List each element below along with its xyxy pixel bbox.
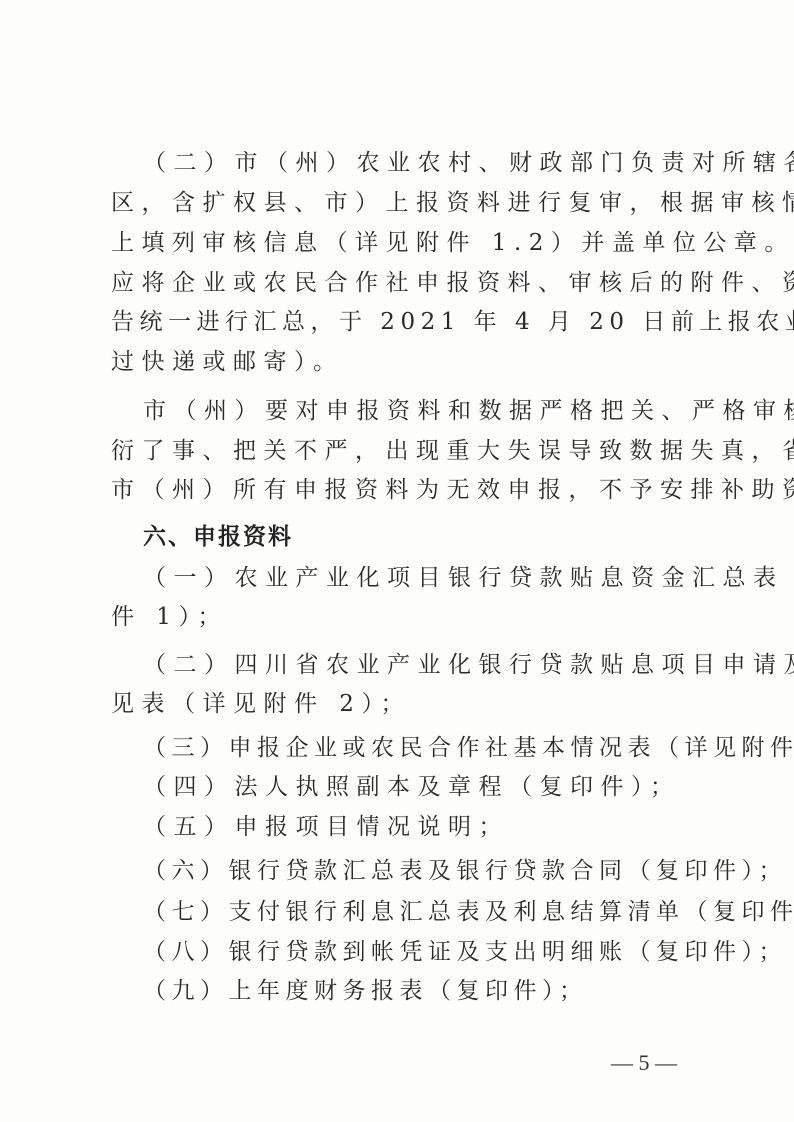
- text-line: 应将企业或农民合作社申报资料、审核后的附件、资金申请报: [111, 266, 691, 300]
- text-line: （一）农业产业化项目银行贷款贴息资金汇总表（详见附: [143, 561, 723, 595]
- text-line: （九）上年度财务报表（复印件）；: [143, 974, 723, 1008]
- text-line: （四）法人执照副本及章程（复印件）；: [143, 770, 723, 804]
- text-line: 件 1）；: [111, 600, 691, 634]
- text-line: （七）支付银行利息汇总表及利息结算清单（复印件）；: [143, 895, 723, 929]
- text-line: 市（州）要对申报资料和数据严格把关、严格审核，如敷: [143, 394, 723, 428]
- document-page: （二）市（州）农业农村、财政部门负责对所辖各县（市、 区，含扩权县、市）上报资料…: [0, 0, 794, 1122]
- text-line: 告统一进行汇总，于 2021 年 4 月 20 日前上报农业农村厅（通: [111, 305, 691, 339]
- page-number: — 5 —: [604, 1048, 684, 1078]
- text-line: 衍了事、把关不严，出现重大失误导致数据失真，省级将视该: [111, 434, 691, 468]
- text-line: （六）银行贷款汇总表及银行贷款合同（复印件）；: [143, 854, 723, 888]
- text-line: （二）市（州）农业农村、财政部门负责对所辖各县（市、: [143, 146, 723, 180]
- text-line: 过快递或邮寄）。: [111, 345, 691, 379]
- section-heading: 六、申报资料: [143, 520, 723, 554]
- text-line: 见表（详见附件 2）；: [111, 687, 691, 721]
- text-line: （二）四川省农业产业化银行贷款贴息项目申请及审核意: [143, 648, 723, 682]
- text-line: （三）申报企业或农民合作社基本情况表（详见附件 3）；: [143, 731, 723, 765]
- text-line: 上填列审核信息（详见附件 1.2）并盖单位公章。市级审核后: [111, 226, 691, 260]
- text-line: （五）申报项目情况说明；: [143, 810, 723, 844]
- text-line: （八）银行贷款到帐凭证及支出明细账（复印件）；: [143, 935, 723, 969]
- text-line: 市（州）所有申报资料为无效申报，不予安排补助资金。: [111, 473, 691, 507]
- text-line: 区，含扩权县、市）上报资料进行复审，根据审核情况在报表: [111, 186, 691, 220]
